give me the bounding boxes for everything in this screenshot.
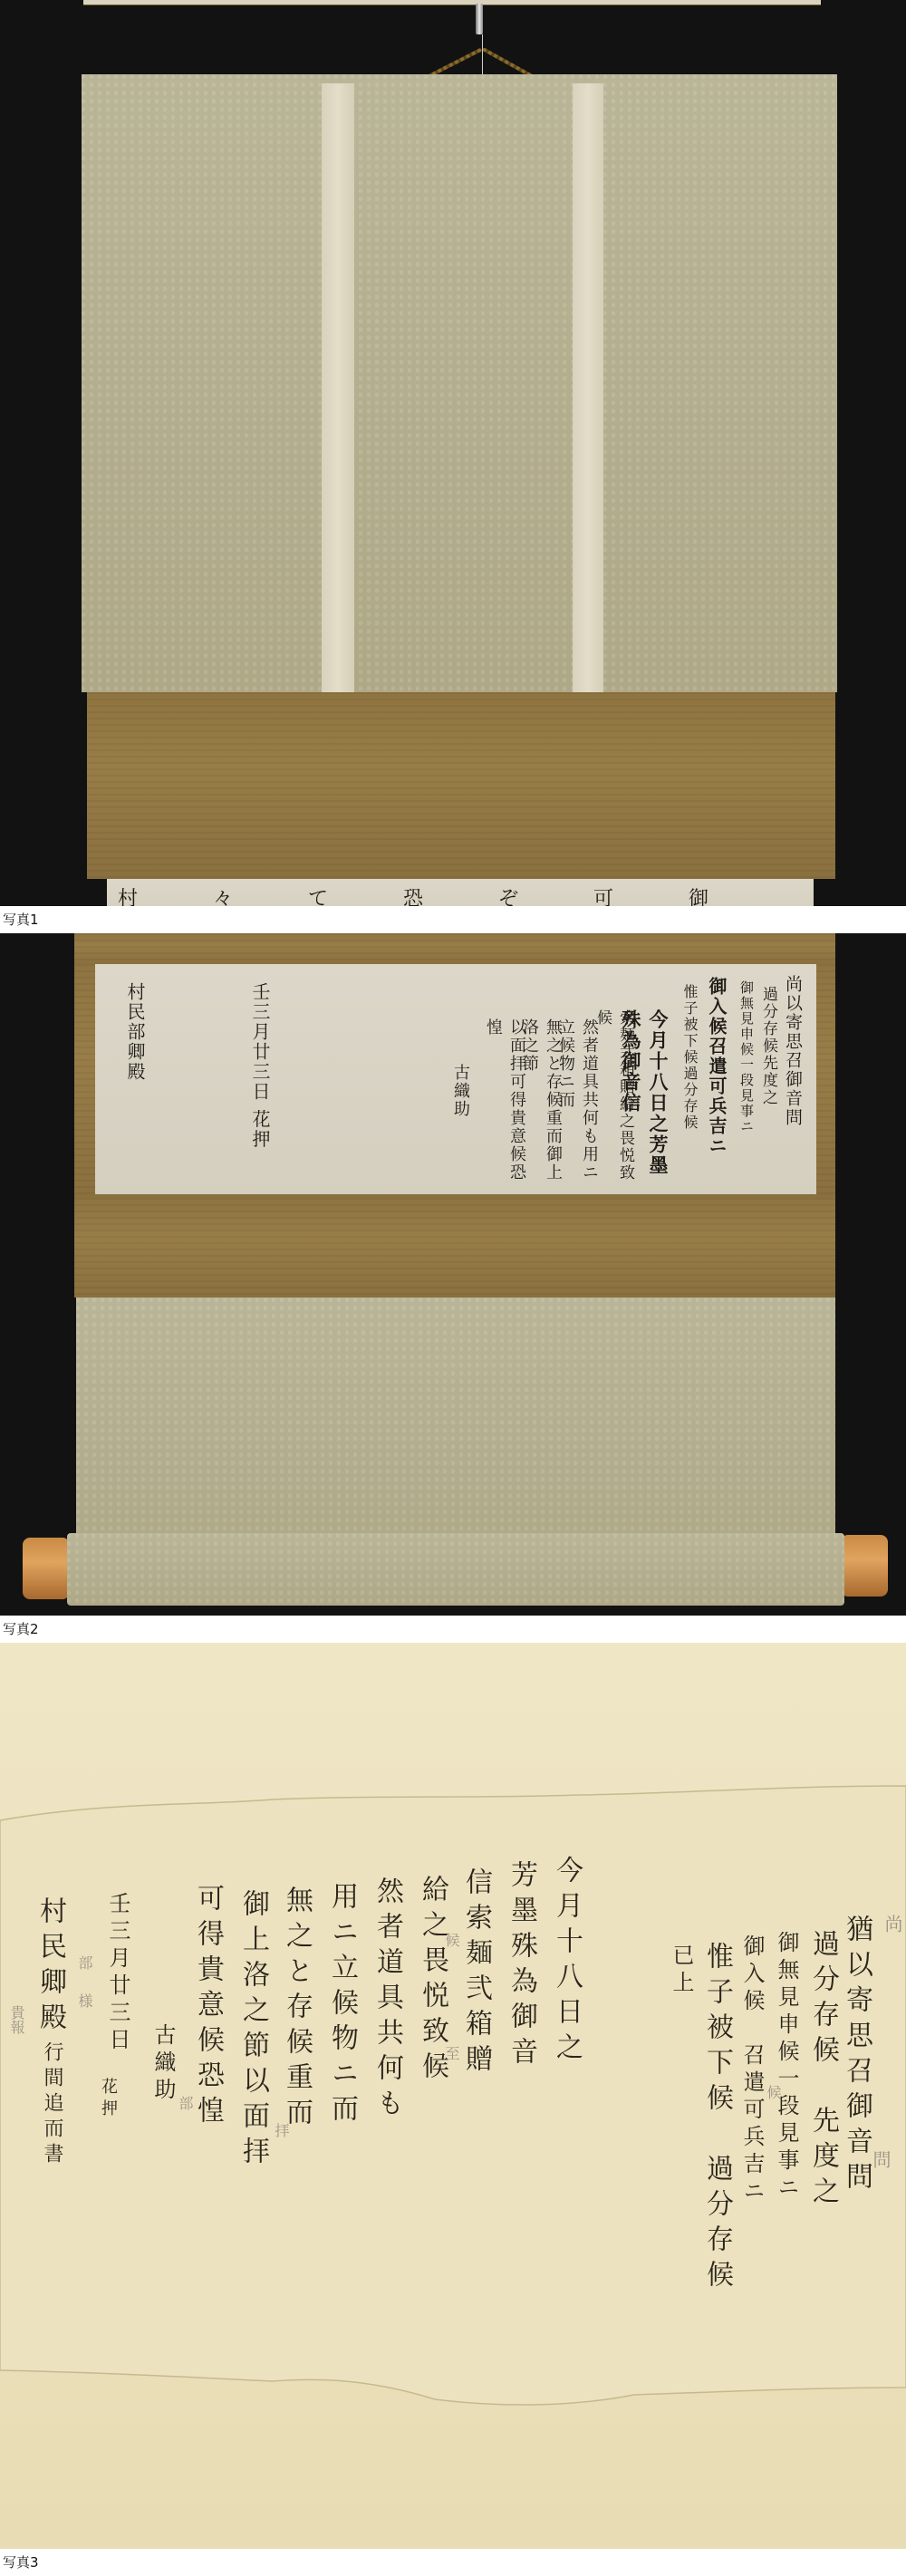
letter-fragment-text: 村 々 て 恐 ぞ 可 御 ろ 以 御 [118,883,806,906]
body-col-4: 給之畏悦致候 [419,1875,446,2087]
sender-name: 古織助 [152,2023,174,2105]
hanging-hook [476,4,483,34]
photo-3-transcription: 猶以寄思召御音問 過分存候 先度之 御無見申候一段見事ニ 御入候 召遣可兵吉ニ … [0,1643,906,2549]
correction-note-shi: 至 [444,2046,458,2060]
letter-calligraphy-col-1: 尚以寄思召御音問 [781,975,805,1183]
correction-note-sourou: 候 [766,2085,780,2099]
photo-2-scroll-letter: 尚以寄思召御音問 過分存候先度之 御無見申候一段見事ニ 御入候召遣可兵吉ニ 惟子… [0,933,906,1616]
futai-strip-left [322,83,354,692]
body-col-3: 信索麺弐箱贈 [462,1867,489,2079]
letter-date-kao: 壬三月廿三日 花押 [247,982,274,1191]
body-col-2: 芳墨殊為御音 [507,1860,535,2072]
postscript-col-2: 過分存候 先度之 [809,1929,836,2212]
letter-calligraphy-col-10: 以面拝可得貴意候恐惶 [481,1018,528,1191]
kao-mark: 花押 [100,2078,116,2121]
upper-silk-band [87,692,835,879]
letter-calligraphy-col-2: 過分存候先度之 [757,986,780,1185]
correction-note-hai: 拝 [274,2123,288,2137]
futai-strip-right [573,83,603,692]
letter-calligraphy-col-5: 惟子被下候過分存候 [679,984,700,1183]
roller-end-right [841,1535,888,1597]
postscript-col-5: 惟子被下候 過分存候 [703,1942,730,2295]
postscript-col-3: 御無見申候一段見事ニ [776,1931,797,2203]
correction-note-bu1: 部 [178,2096,192,2110]
upper-mounting-paper [82,74,837,692]
caption-photo-3: 写真3 [3,2549,906,2576]
correction-note-sourou2: 候 [444,1933,458,1947]
postscript-col-4: 御入候 召遣可兵吉ニ [741,1934,763,2206]
body-col-1: 今月十八日之 [553,1856,580,2068]
letter-date: 壬三月廿三日 [107,1892,129,2055]
lower-silk-band [74,1198,835,1298]
correction-note-nao: 尚 [883,1915,901,1933]
body-col-8: 御上洛之節以面拝 [239,1889,266,2172]
postscript-closing: 已上 [670,1944,692,1998]
recipient-name: 村民卿殿 [36,1896,63,2038]
postscript-col-1: 猶以寄思召御音問 [843,1915,870,2197]
body-col-7: 無之と存候重而 [283,1886,310,2133]
body-col-5: 然者道具共何も [373,1877,400,2124]
hanging-wire [482,34,483,80]
letter-sender: 古織助 [448,1064,472,1118]
letter-calligraphy-col-4: 御入候召遣可兵吉ニ [704,977,730,1158]
correction-note-kihen: 貴報 [9,2005,24,2034]
roller-wrap [67,1533,844,1606]
lower-mounting-paper [76,1298,835,1569]
recipient-note: 行間追而書 [42,2041,62,2168]
letter-calligraphy-col-3: 御無見申候一段見事ニ [737,980,757,1180]
caption-photo-2: 写真2 [3,1616,906,1643]
correction-note-mon: 問 [872,2150,890,2168]
photo-1-scroll-top: 村 々 て 恐 ぞ 可 御 ろ 以 御 [0,0,906,906]
upper-silk-band [74,933,835,964]
roller-end-left [23,1538,70,1599]
letter-strip-edge [83,0,821,5]
body-col-6: 用ニ立候物ニ而 [328,1882,355,2129]
caption-photo-1: 写真1 [3,906,906,933]
letter-paper: 尚以寄思召御音問 過分存候先度之 御無見申候一段見事ニ 御入候召遣可兵吉ニ 惟子… [95,964,816,1194]
body-col-9: 可得貴意候恐惶 [194,1884,221,2131]
letter-recipient: 村民部卿殿 [122,982,149,1163]
correction-note-sama: 様 [77,1993,92,2008]
correction-note-bu2: 部 [77,1955,92,1970]
